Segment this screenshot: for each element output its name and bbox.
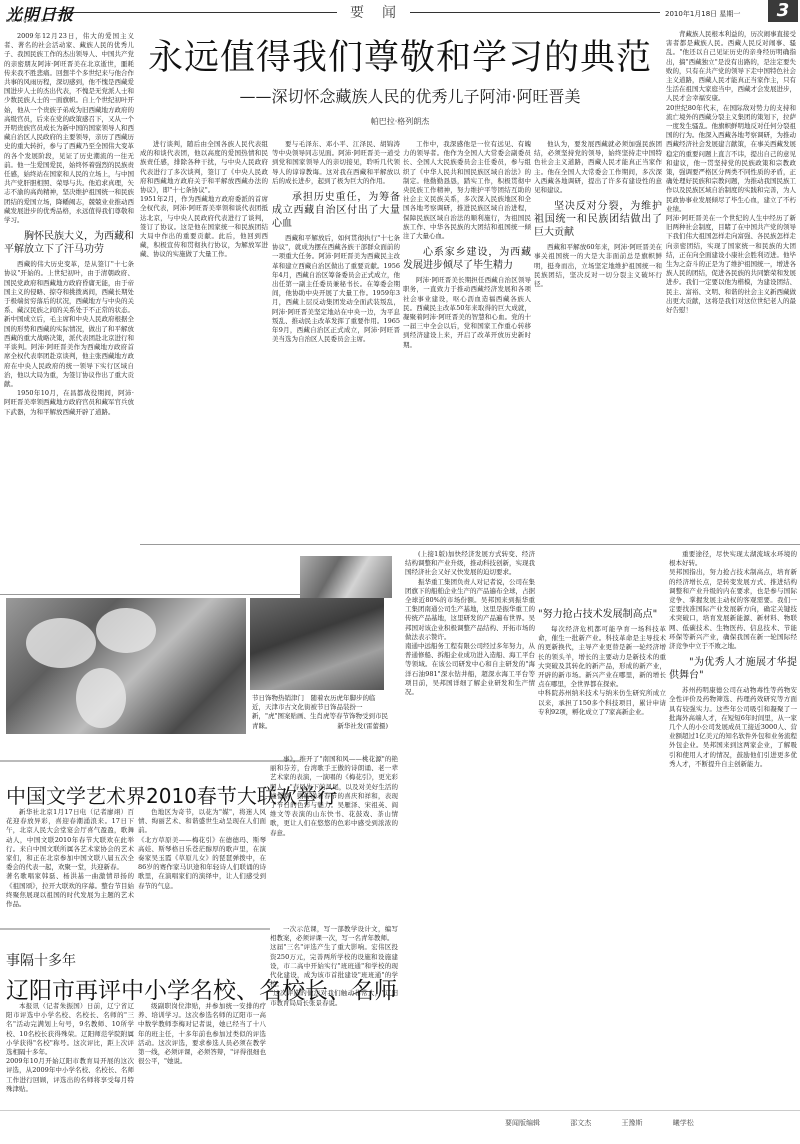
editor-name: 邵文杰 [570, 1119, 591, 1127]
lead-column-1: 2009年12月23日，伟大的爱国主义者、著名的社会活动家、藏族人民的优秀儿子、… [4, 32, 134, 592]
section-divider [0, 928, 270, 930]
arts-body-paragraph: 新华社北京1月17日电（记者廖翊）百花迎春放异彩，喜迎春潮涌浪来。17日下午，北… [6, 808, 134, 908]
photo-caption: 节日饰物热销津门 随着农历虎年脚步的临近，天津市古文化街被节日饰品装扮一新，"虎… [252, 694, 388, 731]
arts-body-paragraph: 色地区为奇节，以花为"媒"，将迷人风情、绚丽艺术、和谐盛世生动呈现在人们面前。 … [138, 808, 266, 891]
continued-body-paragraph: 重要途径，尽快实现太湖流域水环境的根本好转。 吴邦国指出，努力抢占技术制高点，培… [669, 550, 797, 651]
news-photo-crowd[interactable] [250, 598, 384, 690]
section-divider [0, 594, 300, 595]
section-divider [0, 760, 300, 762]
page-number: 3 [768, 0, 798, 22]
lead-body-paragraph: 西藏的伟大历史变革，是从签订"十七条协议"开始的。上世纪初叶，由于清朝政府、国民… [4, 260, 134, 389]
lead-body-paragraph: 要与毛泽东、邓小平、江泽民、胡锦涛等中央领导同志见面。阿沛·阿旺晋美一道受到党和… [272, 140, 400, 186]
photo-credit: 新华社发(雷蕾摄) [337, 722, 388, 731]
arts-column-2: 色地区为奇节，以花为"媒"，将迷人风情、绚丽艺术、和谐盛世生动呈现在人们面前。 … [138, 808, 266, 908]
continued-subhead-1: "努力抢占技术发展制高点" [538, 608, 666, 621]
education-column-3: 一次示范课，写一部教学设计文，编写相教案，必须评课一次，写一名青年教师。 这届"… [270, 925, 398, 1107]
lead-body-paragraph: 进行谈判，随后由全国各族人民代表组成的和谈代表团，他以高度的爱国热情和民族责任感… [140, 140, 268, 260]
editor-credits: 要闻版编辑 邵文杰 王豫斯 曦学松 [505, 1118, 722, 1128]
lead-headline: 永远值得我们尊敬和学习的典范 [140, 30, 660, 80]
continued-column-3: 重要途径，尽快实现太湖流域水环境的根本好转。 吴邦国指出，努力抢占技术制高点，培… [669, 550, 797, 1105]
news-photo-child-pinwheel[interactable] [6, 598, 246, 734]
lead-body-paragraph: 工作中，我深感他是一位有远见、有魄力的领导者。他作为全国人大常委会副委员长、全国… [403, 140, 531, 241]
lead-intro-paragraph: 2009年12月23日，伟大的爱国主义者、著名的社会活动家、藏族人民的优秀儿子、… [4, 32, 134, 225]
lead-body-paragraph: 西藏和平解放后，如何贯彻执行"十七条协议"，就成为摆在西藏各族干部群众面前的一项… [272, 234, 400, 344]
lead-column-4: 工作中，我深感他是一位有远见、有魄力的领导者。他作为全国人大常委会副委员长、全国… [403, 140, 531, 542]
continued-body-paragraph: 每次经济危机都可能孕育一场科技革命，催生一批新产业。科技革命是主导技术的更新换代… [538, 625, 666, 717]
section-divider [140, 544, 800, 545]
education-kicker: 事隔十多年 [6, 950, 76, 970]
lead-body-paragraph: 他认为，要发展西藏就必须加强民族团结，必须坚持党的领导，始终坚持走中国特色社会主… [534, 140, 662, 195]
masthead: 光明日报 www.gmw.cn 要闻 2010年1月18日 星期一 3 [0, 0, 800, 26]
education-column-1: 本报讯（记者朱振国）日前，辽宁省辽阳市评选中小学名校、名校长、名师的"三名"活动… [6, 1002, 134, 1106]
news-photo-market[interactable] [300, 556, 392, 598]
lead-column-5: 他认为，要发展西藏就必须加强民族团结，必须坚持党的领导，始终坚持走中国特色社会主… [534, 140, 662, 542]
editor-name: 曦学松 [673, 1119, 694, 1127]
masthead-rule [410, 12, 660, 13]
arts-body-paragraph: 事》，推开了"南国和风——桃花源"的艳丽和芬芳，台湾歌手王傲的诗朗诵、老一辈艺术… [270, 755, 398, 838]
lead-column-3: 要与毛泽东、邓小平、江泽民、胡锦涛等中央领导同志见面。阿沛·阿旺晋美一道受到党和… [272, 140, 400, 542]
section-subhead-1: 胸怀民族大义，为西藏和平解放立下了汗马功劳 [4, 230, 134, 256]
arts-column-3: 事》，推开了"南国和风——桃花源"的艳丽和芬芳，台湾歌手王傲的诗朗诵、老一辈艺术… [270, 755, 398, 910]
date-line: 2010年1月18日 星期一 [665, 9, 740, 19]
continued-column-2: "努力抢占技术发展制高点" 每次经济危机都可能孕育一场科技革命，催生一批新产业。… [538, 550, 666, 1105]
lead-body-paragraph: 西藏和平解放60年来，阿沛·阿旺晋美在事关祖国统一的大是大非面前总是旗帜鲜明，挺… [534, 243, 662, 289]
lead-body-paragraph: 阿沛·阿旺晋美长期担任西藏自治区领导职务，一直致力于推动西藏经济发展和各项社会事… [403, 276, 531, 350]
photo-detail [96, 608, 156, 653]
education-body-paragraph: 本报讯（记者朱振国）日前，辽宁省辽阳市评选中小学名校、名校长、名师的"三名"活动… [6, 1002, 134, 1094]
education-body-paragraph: 级副职岗位津贴，并参加统一安排的疗养、培训学习。这次参选名师的辽阳市一高中数学教… [138, 1002, 266, 1066]
photo-detail [26, 618, 96, 668]
masthead-rule [52, 12, 337, 13]
education-column-2: 级副职岗位津贴，并参加统一安排的疗养、培训学习。这次参选名师的辽阳市一高中数学教… [138, 1002, 266, 1106]
continued-intro: (上接1版)加快经济发展方式转变、经济结构调整和产业升级，推动科技创新，实现我国… [405, 550, 535, 578]
lead-body-paragraph: 背藏族人民根本利益的，历次闹事直接受害者都是藏族人民。西藏人民反对闹事、骚乱。"… [666, 30, 796, 315]
arts-column-1: 新华社北京1月17日电（记者廖翊）百花迎春放异彩，喜迎春潮涌浪来。17日下午，北… [6, 808, 134, 908]
continued-column-1: (上接1版)加快经济发展方式转变、经济结构调整和产业升级，推动科技创新，实现我国… [405, 550, 535, 1105]
section-subhead-4: 坚决反对分裂，为维护祖国统一和民族团结做出了巨大贡献 [534, 200, 662, 239]
continued-body-paragraph: 振华重工集团负责人对记者说，公司在集团旗下的船舶企业生产的产品遍布全球，占据全球… [405, 578, 535, 698]
education-body-paragraph: 一次示范课，写一部教学设计文，编写相教案，必须评课一次，写一名青年教师。 这届"… [270, 925, 398, 1008]
section-label: 要闻 [350, 2, 414, 22]
byline: 帕巴拉·格列朗杰 [300, 116, 500, 127]
editor-label: 要闻版编辑 [505, 1119, 540, 1127]
lead-subheadline: ——深切怀念藏族人民的优秀儿子阿沛·阿旺晋美 [180, 84, 640, 107]
lead-column-6: 背藏族人民根本利益的，历次闹事直接受害者都是藏族人民。西藏人民反对闹事、骚乱。"… [666, 30, 796, 542]
continued-subhead-2: "为优秀人才施展才华提供舞台" [669, 656, 797, 682]
footer-rule [0, 1110, 800, 1111]
section-subhead-3: 心系家乡建设，为西藏发展进步倾尽了毕生精力 [403, 246, 531, 272]
continued-body-paragraph: 苏州药明康德公司在动物毒性等药物安全性评价及药物筛选、药理药效研究等方面具有较强… [669, 686, 797, 769]
photo-detail [76, 668, 126, 728]
lead-column-2: 进行谈判，随后由全国各族人民代表组成的和谈代表团，他以高度的爱国热情和民族责任感… [140, 140, 268, 542]
logo-url: www.gmw.cn [6, 18, 49, 24]
section-subhead-2: 承担历史重任，为筹备成立西藏自治区付出了大量心血 [272, 191, 400, 230]
editor-name: 王豫斯 [621, 1119, 642, 1127]
lead-body-paragraph: 1950年10月，在昌都战役期间，阿沛·阿旺晋美率领西藏地方政府官员和藏军官兵放… [4, 389, 134, 417]
